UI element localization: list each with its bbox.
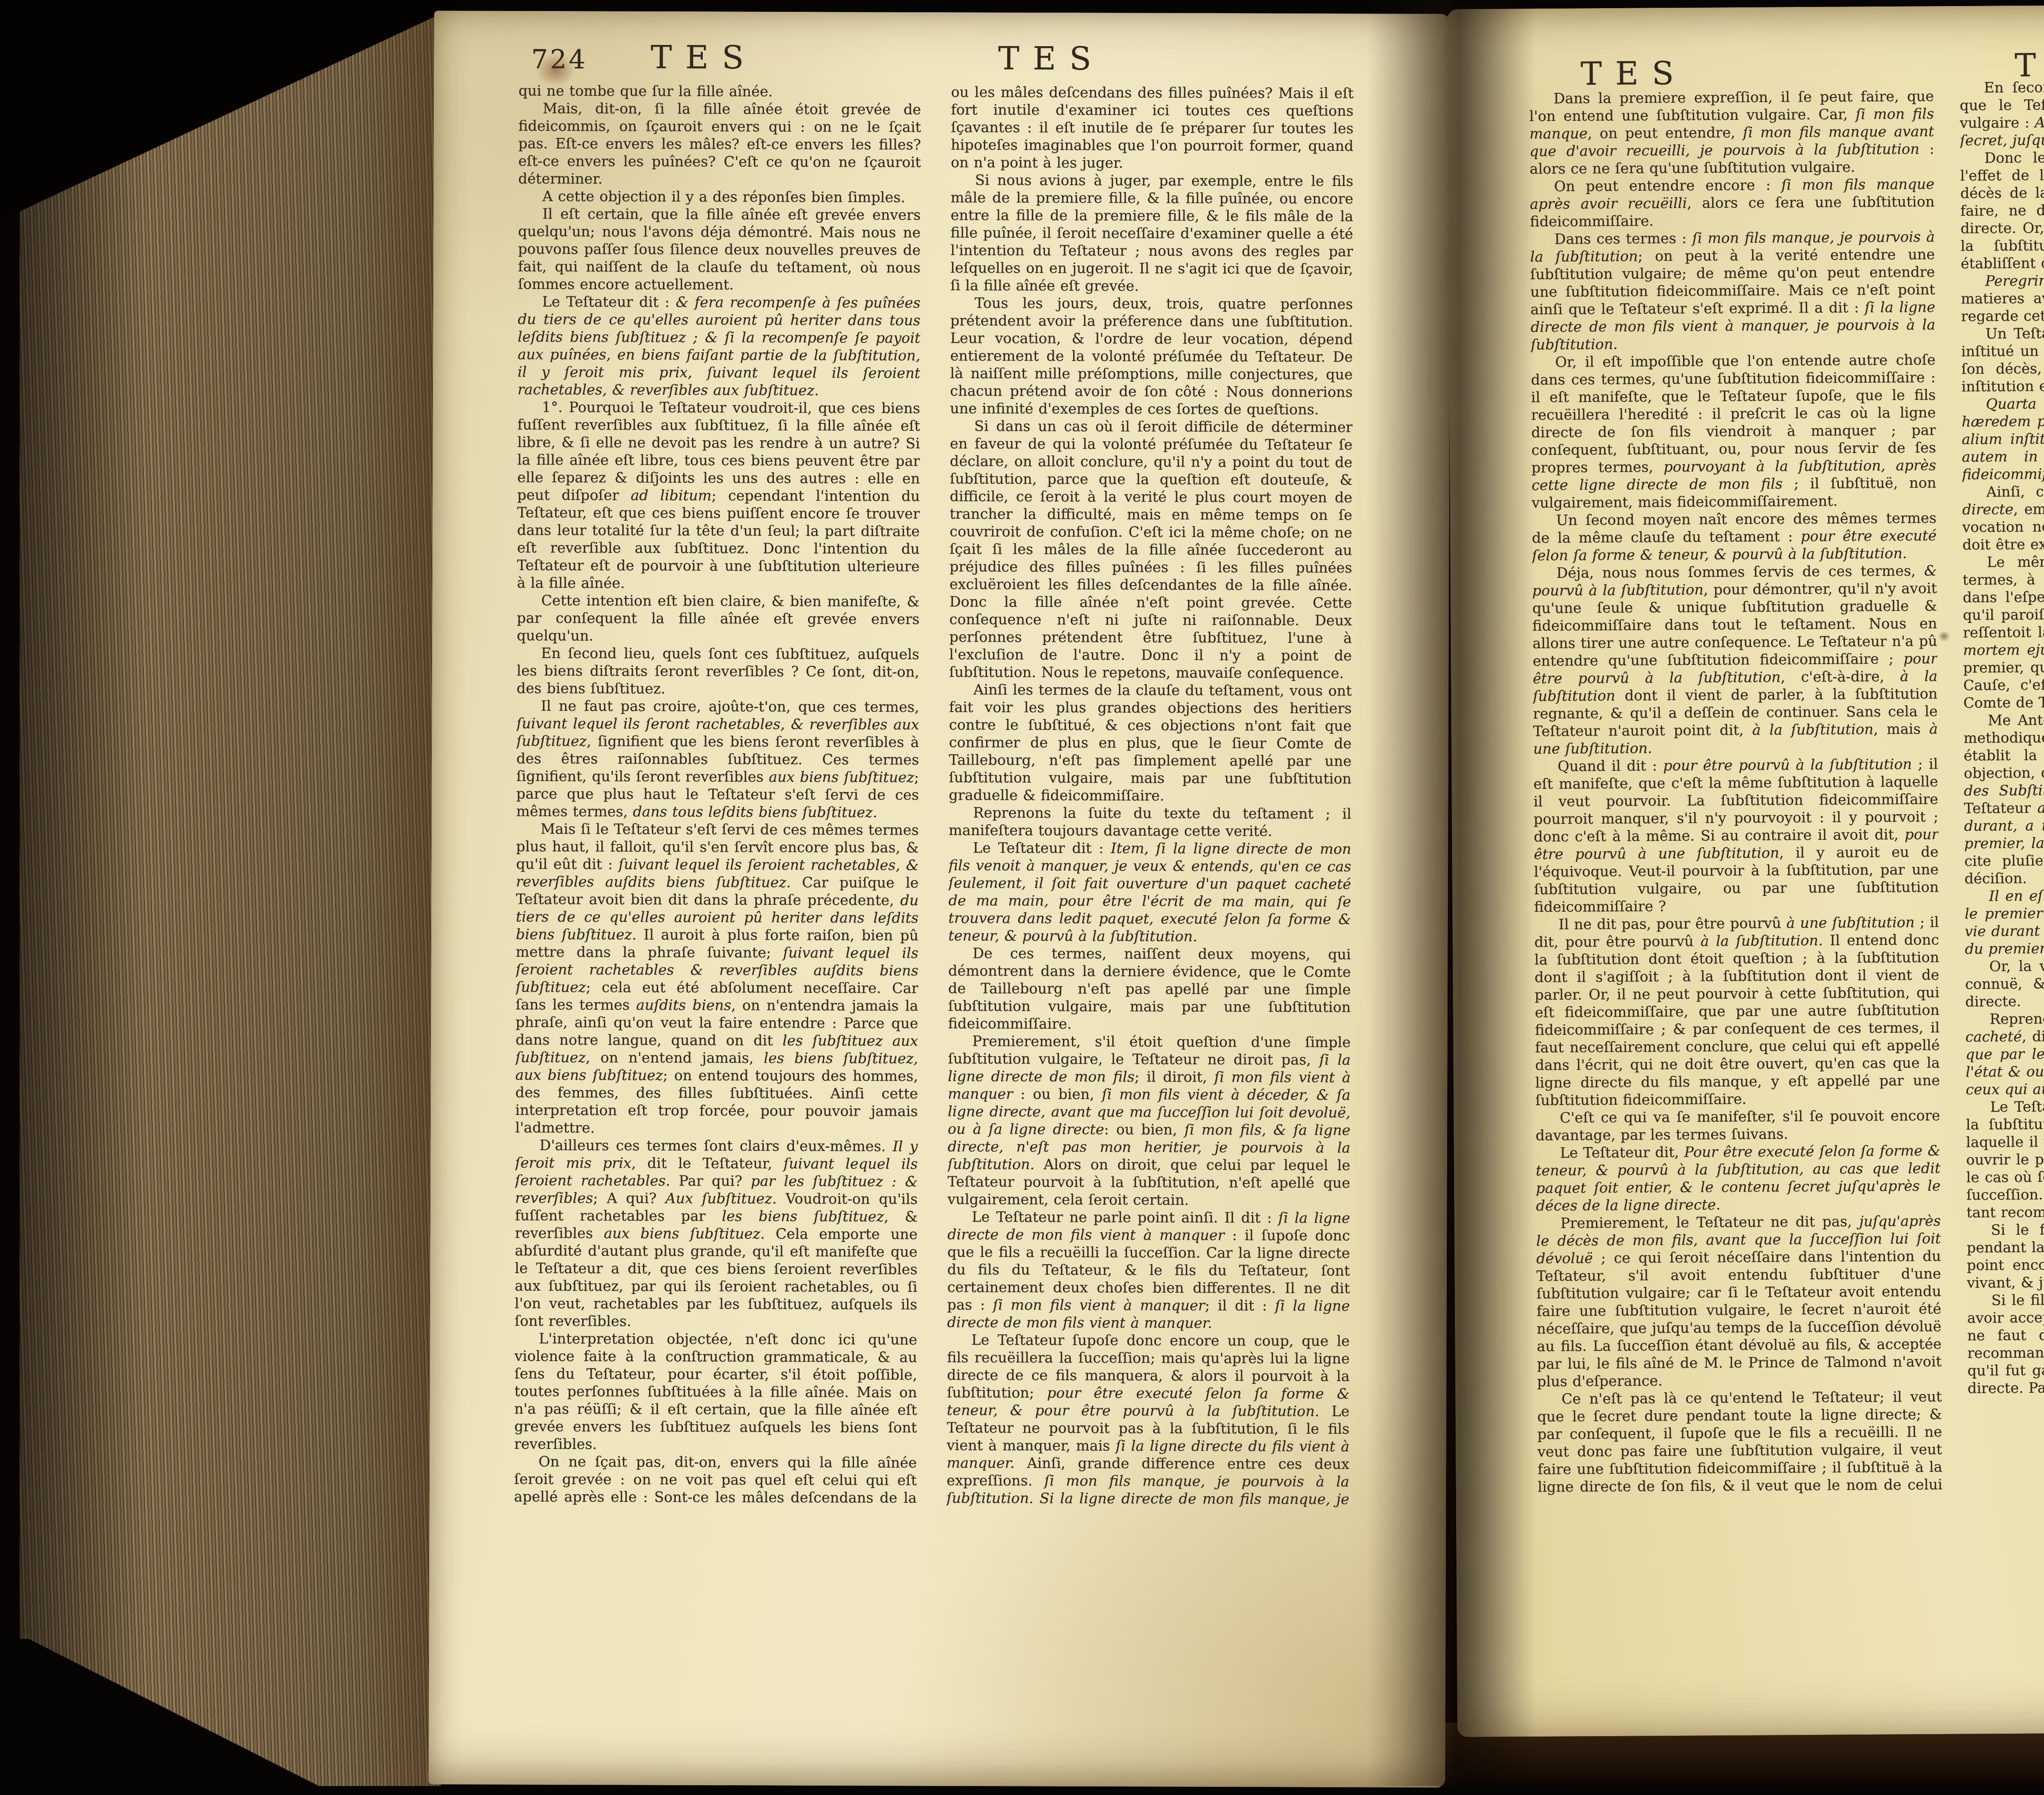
- paragraph: Le même Auteur répond même d'avance par …: [1962, 551, 2044, 712]
- italic-text: Il en eſt de même: [1989, 887, 2044, 904]
- body-text: En ſecond lieu, ces termes ſuffiſent pou…: [1960, 77, 2044, 131]
- paragraph: Si le fils décede avant le Teſtateur, pe…: [1966, 1219, 2044, 1292]
- italic-text: Peregrinus: [1985, 273, 2044, 289]
- body-text: Le même Auteur répond même d'avance par …: [1963, 552, 2044, 641]
- body-text: Premierement, le Teſtateur ne dit pas,: [1560, 1213, 1859, 1231]
- paragraph: Me Antoine Deſpeiſſes, Juriſconſulte, au…: [1963, 709, 2044, 888]
- body-text: Dans ces termes :: [1554, 231, 1692, 248]
- body-text: Ainſi, ces termes,: [1986, 483, 2044, 500]
- body-text: Reprenons encore le texte du teſtament.: [1990, 1009, 2044, 1027]
- paragraph: C'eſt ce qui va ſe manifeſter, s'il ſe p…: [1535, 1107, 1941, 1145]
- body-text: , mais: [1874, 721, 1930, 738]
- body-text: , c'eſt-à-dire,: [1781, 669, 1900, 686]
- paragraph: Dans ces termes : ſi mon fils manque, je…: [1530, 228, 1936, 354]
- text-column-4: En ſecond lieu, ces termes ſuffiſent pou…: [1959, 77, 2044, 1408]
- screenshot: { "palette": { "background": "#070503", …: [0, 0, 2044, 1786]
- paragraph: Quand il dit : pour être pourvû à la ſub…: [1533, 756, 1939, 916]
- body-text: Quand il dit :: [1558, 758, 1663, 775]
- paragraph: Peregrinus, qui eſt celui de tous, qui a…: [1961, 270, 2044, 325]
- paragraph: Or, la vocation du Comte de Taillebourg …: [1965, 956, 2044, 1011]
- right-page: TES TES 725 Dans la premiere expreſſion,…: [0, 0, 2044, 1786]
- body-text: Si le fils meurt immédiatement après le …: [1967, 1290, 2044, 1397]
- text-column-3: Dans la premiere expreſſion, il ſe peut …: [1529, 88, 1943, 1496]
- body-text: ; ce qui ſeroit néceſſaire dans l'intent…: [1536, 1248, 1942, 1390]
- paragraph: Il ne dit pas, pour être pourvû à une ſu…: [1534, 914, 1940, 1110]
- paragraph: Reprenons encore le texte du teſtament. …: [1965, 1008, 2044, 1099]
- paragraph: Si le fils meurt immédiatement après le …: [1967, 1289, 2044, 1397]
- paragraph: Un ſecond moyen naît encore des mêmes te…: [1532, 510, 1937, 565]
- body-text: Or, la vocation du Comte de Taillebourg …: [1965, 956, 2044, 1010]
- italic-text: Quarta eſt quæſtio, cùm Teſtator inſtitu…: [1961, 394, 2044, 483]
- paragraph: Ce n'eſt pas là ce qu'entend le Teſtateu…: [1537, 1388, 1943, 1496]
- body-text: Il ne dit pas, pour être pourvû: [1558, 915, 1786, 933]
- body-text: C'eſt ce qui va ſe manifeſter, s'il ſe p…: [1535, 1108, 1940, 1144]
- paragraph: On peut entendre encore : ſi mon fils ma…: [1530, 176, 1935, 231]
- body-text: Un Teſtateur, (dit-il,: [1986, 325, 2044, 342]
- paragraph: Le Teſtateur ſupoſe, que ſon fils ſera ſ…: [1966, 1096, 2044, 1222]
- running-title-right-2: TES: [2015, 47, 2044, 84]
- italic-text: pour être pourvû à la ſubſtitution: [1663, 756, 1912, 774]
- body-text: Me Antoine: [1988, 712, 2044, 729]
- paragraph: En ſecond lieu, ces termes ſuffiſent pou…: [1959, 77, 2044, 150]
- body-text: Ce n'eſt pas là ce qu'entend le Teſtateu…: [1537, 1389, 1942, 1496]
- running-title-right-1: TES: [1580, 55, 1687, 93]
- paragraph: Il en eſt de même, continuë le même Aute…: [1964, 885, 2044, 958]
- body-text: , on peut entendre,: [1587, 125, 1743, 142]
- italic-text: des Subſtitutions: [1964, 782, 2044, 799]
- body-text: Le Teſtateur ſupoſe, que ſon fils ſera ſ…: [1966, 1097, 2044, 1221]
- body-text: On peut entendre encore :: [1554, 177, 1781, 195]
- body-text: , dit le Teſtateur,: [2022, 1028, 2044, 1045]
- paragraph: Ainſi, ces termes, juſqu'après le décès …: [1962, 481, 2044, 554]
- body-text: Déja, nous nous ſommes ſervis de ces ter…: [1556, 563, 1924, 581]
- italic-text: à une ſubſtitution: [1786, 914, 1915, 931]
- paragraph: Donc le Teſtateur veut retarder la conno…: [1960, 147, 2044, 273]
- body-text: . Il entend donc la ſubſtitution dont ét…: [1534, 932, 1940, 1109]
- paragraph: Dans la premiere expreſſion, il ſe peut …: [1529, 88, 1934, 178]
- paragraph: Un Teſtateur, (dit-il, art. 5. n. 20. de…: [1961, 323, 2044, 396]
- body-text: Donc le Teſtateur veut retarder la conno…: [1960, 148, 2044, 272]
- body-text: Le Teſtateur dit,: [1560, 1144, 1684, 1162]
- paragraph: Déja, nous nous ſommes ſervis de ces ter…: [1532, 562, 1938, 758]
- paragraph: Or, il eſt impoſſible que l'on entende a…: [1531, 351, 1936, 512]
- body-text: Si le fils décede avant le Teſtateur, pe…: [1967, 1220, 2044, 1291]
- italic-text: à la ſubſtitution: [1700, 933, 1818, 950]
- paragraph: Quarta eſt quæſtio, cùm Teſtator inſtitu…: [1961, 393, 2044, 483]
- paragraph: Le Teſtateur dit, Pour être executé ſelo…: [1535, 1142, 1941, 1215]
- paragraph: Premierement, le Teſtateur ne dit pas, j…: [1536, 1213, 1942, 1391]
- italic-text: à la ſubſtitution: [1752, 721, 1874, 739]
